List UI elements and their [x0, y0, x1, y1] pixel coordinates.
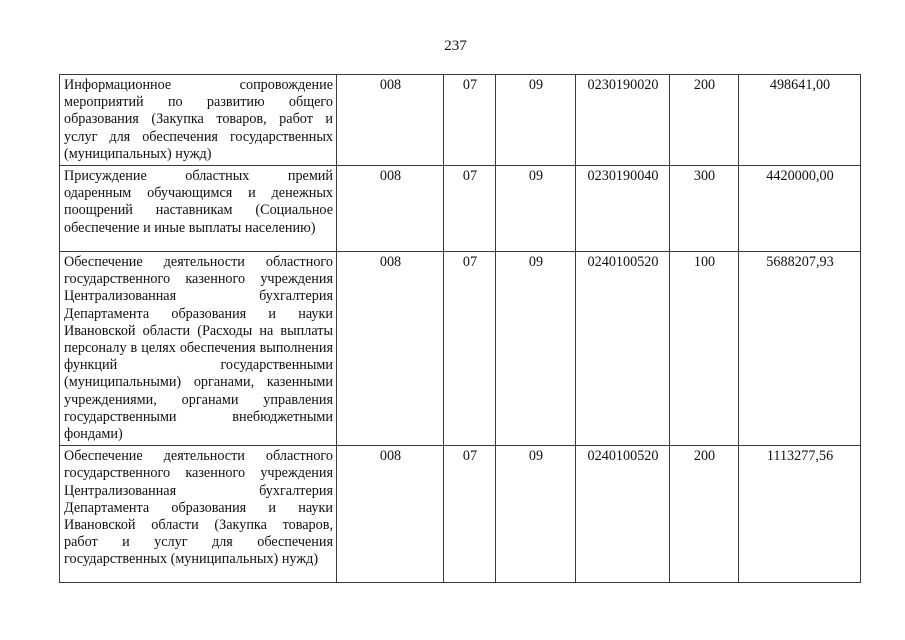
- cell-expense-type: 200: [670, 446, 739, 583]
- table-row: Обеспечение деятельности областного госу…: [60, 252, 861, 446]
- cell-grbs: 008: [337, 446, 444, 583]
- cell-target-article: 0240100520: [576, 252, 670, 446]
- cell-target-article: 0230190040: [576, 166, 670, 252]
- cell-amount: 4420000,00: [739, 166, 861, 252]
- table-row: Обеспечение деятельности областного госу…: [60, 446, 861, 583]
- cell-expense-type: 100: [670, 252, 739, 446]
- cell-target-article: 0230190020: [576, 75, 670, 166]
- cell-grbs: 008: [337, 252, 444, 446]
- table-row: Информационное сопровождение мероприятий…: [60, 75, 861, 166]
- cell-subsection: 09: [496, 252, 576, 446]
- table-row: Присуждение областных премий одаренным о…: [60, 166, 861, 252]
- cell-amount: 5688207,93: [739, 252, 861, 446]
- cell-grbs: 008: [337, 166, 444, 252]
- cell-description: Присуждение областных премий одаренным о…: [60, 166, 337, 252]
- cell-subsection: 09: [496, 446, 576, 583]
- cell-section: 07: [444, 446, 496, 583]
- cell-subsection: 09: [496, 75, 576, 166]
- cell-description: Обеспечение деятельности областного госу…: [60, 252, 337, 446]
- cell-expense-type: 300: [670, 166, 739, 252]
- cell-amount: 1113277,56: [739, 446, 861, 583]
- page-number: 237: [0, 37, 905, 55]
- cell-subsection: 09: [496, 166, 576, 252]
- cell-target-article: 0240100520: [576, 446, 670, 583]
- cell-section: 07: [444, 166, 496, 252]
- cell-section: 07: [444, 252, 496, 446]
- cell-description: Обеспечение деятельности областного госу…: [60, 446, 337, 583]
- budget-table: Информационное сопровождение мероприятий…: [59, 74, 861, 583]
- cell-description: Информационное сопровождение мероприятий…: [60, 75, 337, 166]
- cell-expense-type: 200: [670, 75, 739, 166]
- cell-section: 07: [444, 75, 496, 166]
- cell-amount: 498641,00: [739, 75, 861, 166]
- cell-grbs: 008: [337, 75, 444, 166]
